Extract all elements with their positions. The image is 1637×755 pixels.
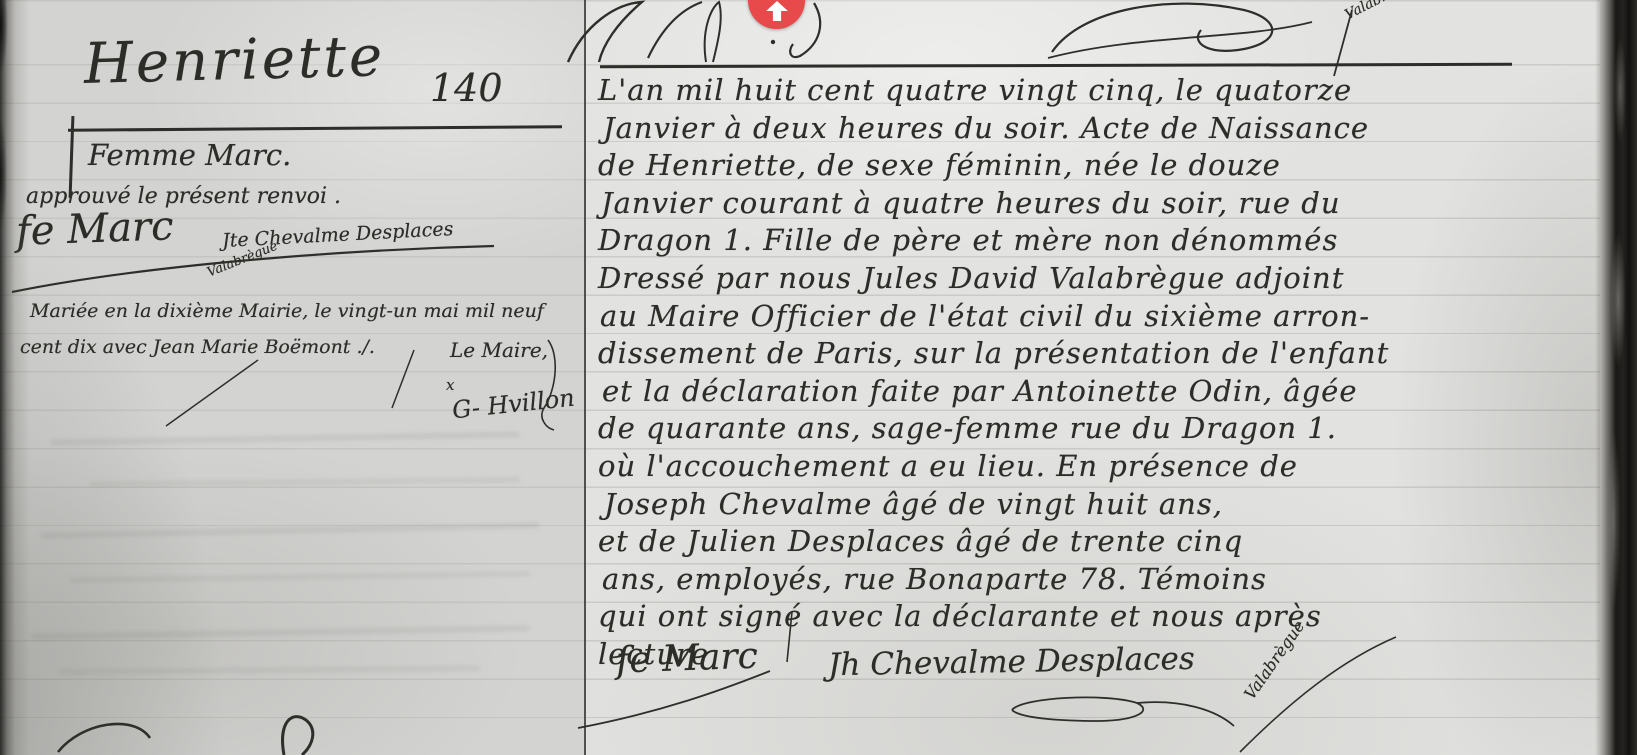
act-text-line: qui ont signé avec la déclarante et nous… [598,598,1568,636]
column-divider-rule [584,0,586,755]
act-signature-witnesses: Jh Chevalme Desplaces [828,641,1195,683]
margin-act-number: 140 [430,66,503,110]
marriage-mention-x-mark: x [446,376,454,394]
act-text-line: Dragon 1. Fille de père et mère non déno… [598,222,1568,260]
act-text-line: où l'accouchement a eu lieu. En présence… [598,448,1568,486]
marriage-mention-line1: Mariée en la dixième Mairie, le vingt-un… [30,300,544,322]
marriage-mention-line2: cent dix avec Jean Marie Boëmont ./. [20,336,375,358]
act-text-line: L'an mil huit cent quatre vingt cinq, le… [598,72,1568,110]
margin-mention-femme: Femme Marc. [88,138,291,172]
arrow-up-icon [766,1,788,21]
page-crumpled-edge [1595,0,1637,755]
act-text-line: ans, employés, rue Bonaparte 78. Témoins [598,561,1568,599]
act-signature-marc: fe Marc [615,636,758,682]
margin-child-name: Henriette [83,24,386,97]
act-text-line: de quarante ans, sage-femme rue du Drago… [598,410,1568,448]
act-text-line: dissement de Paris, sur la présentation … [598,335,1568,373]
register-scan: Henriette 140 Femme Marc. approuvé le pr… [0,0,1637,755]
act-text-line: Janvier à deux heures du soir. Acte de N… [598,110,1568,148]
marriage-mention-official: Le Maire, [450,338,548,362]
margin-mention-approval: approuvé le présent renvoi . [26,184,341,209]
birth-act-text: L'an mil huit cent quatre vingt cinq, le… [598,72,1568,674]
act-text-line: et de Julien Desplaces âgé de trente cin… [598,523,1568,561]
margin-signature-marc: fe Marc [15,203,174,254]
act-text-line: Janvier courant à quatre heures du soir,… [598,185,1568,223]
act-text-line: de Henriette, de sexe féminin, née le do… [598,147,1568,185]
act-text-line: Dressé par nous Jules David Valabrègue a… [598,260,1568,298]
book-binding-edge [0,0,30,755]
act-text-line: Joseph Chevalme âgé de vingt huit ans, [598,486,1568,524]
act-text-line: et la déclaration faite par Antoinette O… [598,373,1568,411]
act-text-line: au Maire Officier de l'état civil du six… [598,298,1568,336]
left-page-margin-column [0,0,586,755]
